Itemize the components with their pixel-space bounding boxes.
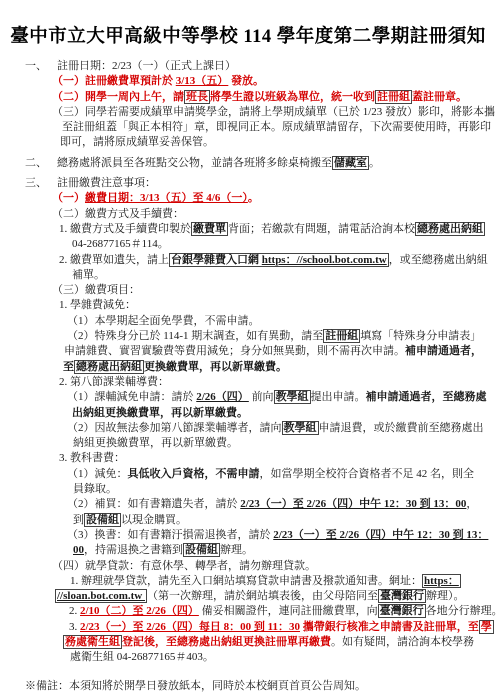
text-segment: （1）減免：	[67, 468, 128, 480]
boxed-term: 教學組	[282, 421, 319, 435]
text-segment: （一）	[52, 192, 85, 204]
text-segment: 背面；若繳款有問題，請電話洽詢本校	[228, 223, 415, 235]
boxed-term: 學	[479, 620, 494, 634]
boxed-term: https：//school.bot.com.tw	[262, 253, 389, 267]
text-segment: 各地分行辦理。	[426, 605, 496, 617]
boxed-term: 註冊組	[375, 90, 412, 104]
text-segment: 00	[73, 544, 84, 556]
text-segment: （3）換書：如有書籍汙損需退換者，請於	[67, 529, 273, 541]
doc-line: （三）同學若需要成績單申請獎學金，請將上學期成績單（已於 1/23 發放）影印，…	[0, 105, 496, 120]
doc-line: （二）繳費方式及手續費：	[0, 207, 496, 222]
text-segment: 補申請通過者，	[405, 345, 482, 357]
document-page: 臺中市立大甲高級中等學校 114 學年度第二學期註冊須知 一、註冊日期：2/23…	[0, 0, 496, 700]
text-segment: 2. 第八節課業輔導費：	[59, 376, 169, 388]
text-segment: （二）繳費方式及手續費：	[52, 208, 184, 220]
doc-line: 納組更換繳費單，再以新單繳費。	[0, 436, 496, 451]
text-segment: 納組更換繳費單，再以新單繳費。	[73, 437, 238, 449]
text-segment: 總務處將派員至各班點交公物，並請各班將多餘桌椅搬至	[57, 157, 332, 169]
text-segment: 以現金購買。	[121, 514, 187, 526]
boxed-term: 台銀學雜費入口網	[169, 253, 262, 267]
text-segment: 提出申請。	[311, 391, 366, 403]
text-segment: 3/13（五）	[176, 75, 229, 87]
text-segment: （1）課輔減免申請：請於	[67, 391, 196, 403]
text-segment: 到	[73, 514, 84, 526]
text-segment: 3.	[69, 621, 80, 633]
text-segment: 2/23（一）至 2/26（四）中午 12：30 到 13：	[273, 529, 488, 541]
doc-line: 二、總務處將派員至各班點交公物，並請各班將多餘桌椅搬至儲藏室。	[0, 156, 496, 171]
doc-line: （1）課輔減免申請：請於 2/26（四） 前向教學組提出申請。補申請通過者，至總…	[0, 390, 496, 405]
text-segment: （二）開學一周內上午，請	[52, 91, 184, 103]
text-segment: 04-26877165＃114。	[72, 238, 169, 250]
text-segment: 出納組更換繳費單，再以新單繳費。	[72, 407, 248, 419]
doc-line: 三、註冊繳費注意事項：	[0, 176, 496, 191]
doc-line: //sloan.bot.com.tw （第一次辦理，請於網站填表後，由父母陪同至…	[0, 589, 496, 604]
text-segment: 1. 辦理就學貸款，請先至入口網站填寫貸款申請書及撥款通知書。網址：	[70, 575, 422, 587]
doc-line: 申請雜費、實習實驗費等費用減免；身分如無異動，則不需再次申請。補申請通過者，	[0, 344, 496, 359]
text-segment: 2/23（一）至 2/26（四）中午 12：30 到 13：00	[240, 498, 466, 510]
text-segment: （三）同學若需要成績單申請獎學金，請將上學期成績單（已於 1/23 發放）影印，…	[52, 106, 495, 118]
boxed-term: 務處衛生組	[63, 635, 122, 649]
text-segment: 2.	[69, 605, 80, 617]
doc-line: 到設備組以現金購買。	[0, 513, 496, 528]
text-segment: 前向	[249, 391, 274, 403]
text-segment: 至	[63, 361, 74, 373]
text-segment: 。如有疑問，請洽詢本校學務	[331, 636, 474, 648]
doc-line: （三）繳費項目：	[0, 283, 496, 298]
doc-line: （1）減免：具低收入戶資格，不需申請，如當學期全校符合資格者不足 42 名，則全	[0, 467, 496, 482]
doc-line: 3. 教科書費：	[0, 451, 496, 466]
text-segment: 員錄取。	[73, 483, 117, 495]
doc-line: 00，持需退換之書籍到設備組辦理。	[0, 543, 496, 558]
text-segment: 將學生證以班級為單位，統一收到	[210, 91, 375, 103]
text-segment: 至註冊組蓋「與正本相符」章，即視同正本。原成績單請留存，下次需要使用時，再影印	[62, 121, 491, 133]
boxed-term: 儲藏室	[332, 156, 369, 170]
text-segment: 補申請通過者，至總務處	[366, 391, 487, 403]
doc-line: （1）本學期起全面免學費，不需申請。	[0, 314, 496, 329]
text-segment: ，或至總務處出納組	[389, 254, 488, 266]
boxed-term: 臺灣銀行	[378, 589, 426, 603]
text-segment: 申請退費，或於繳費前至總務處出	[319, 422, 484, 434]
text-segment: 辦理。	[220, 544, 253, 556]
boxed-term: 設備組	[183, 543, 220, 557]
text-segment: 辦理）。	[426, 590, 465, 602]
text-segment: 註冊日期：2/23（一）（正式上課日）	[57, 60, 236, 72]
doc-line: （一）繳費日期：3/13（五）至 4/6（一）。	[0, 191, 496, 206]
text-segment: 1. 繳費方式及手續費印製於	[59, 223, 191, 235]
doc-line: ※備註：本須知將於開學日發放紙本，同時於本校網頁首頁公告周知。	[0, 679, 496, 694]
doc-line: 2. 第八節課業輔導費：	[0, 375, 496, 390]
text-segment: 更換繳費單，再以新單繳費。	[144, 361, 287, 373]
text-segment: 繳費日期：3/13（五）至 4/6（一）	[85, 192, 248, 204]
text-segment: 註冊繳費注意事項：	[57, 177, 156, 189]
text-segment: 三、	[25, 176, 57, 191]
text-segment: 2/26（四）	[196, 391, 249, 403]
boxed-term: https：	[422, 574, 461, 588]
doc-line: 務處衛生組登記後，至總務處出納組更換註冊單再繳費。如有疑問，請洽詢本校學務	[0, 635, 496, 650]
doc-line: 補單。	[0, 268, 496, 283]
text-segment: 發放。	[228, 75, 264, 87]
text-segment: （三）繳費項目：	[52, 284, 140, 296]
doc-line: （一）註冊繳費單預計於 3/13（五） 發放。	[0, 74, 496, 89]
text-segment: 2/10（二）至 2/26（四）	[80, 605, 199, 617]
text-segment: 。	[369, 157, 380, 169]
doc-line: （3）換書：如有書籍汙損需退換者，請於 2/23（一）至 2/26（四）中午 1…	[0, 528, 496, 543]
text-segment: ，	[466, 498, 477, 510]
text-segment: 具低收入戶資格，不需申請	[128, 468, 260, 480]
boxed-term: 臺灣銀行	[378, 604, 426, 618]
boxed-term: 總務處出納組	[74, 360, 144, 374]
boxed-term: 註冊組	[323, 329, 360, 343]
text-segment: 填寫「特殊身分申請表」	[360, 330, 481, 342]
doc-line: 2. 繳費單如遺失，請上台銀學雜費入口網 https：//school.bot.…	[0, 253, 496, 268]
text-segment: （1）本學期起全面免學費，不需申請。	[67, 315, 260, 327]
doc-line: 1. 辦理就學貸款，請先至入口網站填寫貸款申請書及撥款通知書。網址：https：	[0, 574, 496, 589]
boxed-term: 班長	[184, 90, 210, 104]
doc-line: （二）開學一周內上午，請班長將學生證以班級為單位，統一收到註冊組蓋註冊章。	[0, 90, 496, 105]
doc-line: 1. 學雜費減免：	[0, 298, 496, 313]
text-segment: 即可，請將原成績單妥善保管。	[60, 136, 214, 148]
document-title: 臺中市立大甲高級中等學校 114 學年度第二學期註冊須知	[0, 22, 496, 48]
doc-line: （四）就學貸款：有意休學、轉學者，請勿辦理貸款。	[0, 559, 496, 574]
document-body: 一、註冊日期：2/23（一）（正式上課日）（一）註冊繳費單預計於 3/13（五）…	[0, 59, 496, 694]
text-segment: ，如當學期全校符合資格者不足 42 名，則全	[260, 468, 475, 480]
text-segment: （第一次辦理，請於網站填表後，由父母陪同至	[147, 590, 378, 602]
text-segment: ，持需退換之書籍到	[84, 544, 183, 556]
text-segment: 2. 繳費單如遺失，請上	[59, 254, 169, 266]
doc-line: 1. 繳費方式及手續費印製於繳費單背面；若繳款有問題，請電話洽詢本校總務處出納組	[0, 222, 496, 237]
text-segment: 補單。	[72, 269, 105, 281]
text-segment: （2）特殊身分已於 114-1 期末調查，如有異動，請至	[67, 330, 323, 342]
doc-line: 一、註冊日期：2/23（一）（正式上課日）	[0, 59, 496, 74]
boxed-term: 總務處出納組	[415, 222, 485, 236]
text-segment: ※備註：本須知將於開學日發放紙本，同時於本校網頁首頁公告周知。	[25, 680, 366, 692]
text-segment: （四）就學貸款：有意休學、轉學者，請勿辦理貸款。	[52, 560, 316, 572]
doc-line: （2）補買：如有書籍遺失者，請於 2/23（一）至 2/26（四）中午 12：3…	[0, 497, 496, 512]
doc-line: （2）特殊身分已於 114-1 期末調查，如有異動，請至註冊組填寫「特殊身分申請…	[0, 329, 496, 344]
boxed-term: 設備組	[84, 513, 121, 527]
doc-line: 3. 2/23（一）至 2/26（四）每日 8：00 到 11：30 攜帶銀行核…	[0, 620, 496, 635]
boxed-term: 教學組	[274, 390, 311, 404]
text-segment: 。	[248, 192, 259, 204]
doc-line: 至總務處出納組更換繳費單，再以新單繳費。	[0, 360, 496, 375]
doc-line: 員錄取。	[0, 482, 496, 497]
text-segment: 一、	[25, 59, 57, 74]
text-segment: 申請雜費、實習實驗費等費用減免；身分如無異動，則不需再次申請。	[64, 345, 405, 357]
text-segment: 處衛生組 04-26877165＃403。	[70, 651, 214, 663]
doc-line: 即可，請將原成績單妥善保管。	[0, 135, 496, 150]
text-segment: 2/23（一）至 2/26（四）每日 8：00 到 11：30	[80, 621, 300, 633]
text-segment: 蓋註冊章。	[412, 91, 467, 103]
doc-line: 處衛生組 04-26877165＃403。	[0, 650, 496, 665]
boxed-term: 繳費單	[191, 222, 228, 236]
text-segment: 備妥相關證件，連同註冊繳費單，向	[199, 605, 378, 617]
doc-line: 至註冊組蓋「與正本相符」章，即視同正本。原成績單請留存，下次需要使用時，再影印	[0, 120, 496, 135]
text-segment: （2）補買：如有書籍遺失者，請於	[67, 498, 240, 510]
text-segment: 1. 學雜費減免：	[59, 299, 136, 311]
text-segment: （一）註冊繳費單預計於	[52, 75, 176, 87]
text-segment: 攜帶銀行核准之申請書及註冊單，至	[300, 621, 479, 633]
boxed-term: //sloan.bot.com.tw	[55, 589, 147, 603]
doc-line: 04-26877165＃114。	[0, 237, 496, 252]
text-segment: 二、	[25, 156, 57, 171]
text-segment: 3. 教科書費：	[59, 452, 125, 464]
text-segment: 登記後，至總務處出納組更換註冊單再繳費	[122, 636, 331, 648]
text-segment: （2）因故無法參加第八節課業輔導者，請向	[67, 422, 282, 434]
doc-line: 2. 2/10（二）至 2/26（四） 備妥相關證件，連同註冊繳費單，向臺灣銀行…	[0, 604, 496, 619]
doc-line: 出納組更換繳費單，再以新單繳費。	[0, 406, 496, 421]
doc-line: （2）因故無法參加第八節課業輔導者，請向教學組申請退費，或於繳費前至總務處出	[0, 421, 496, 436]
